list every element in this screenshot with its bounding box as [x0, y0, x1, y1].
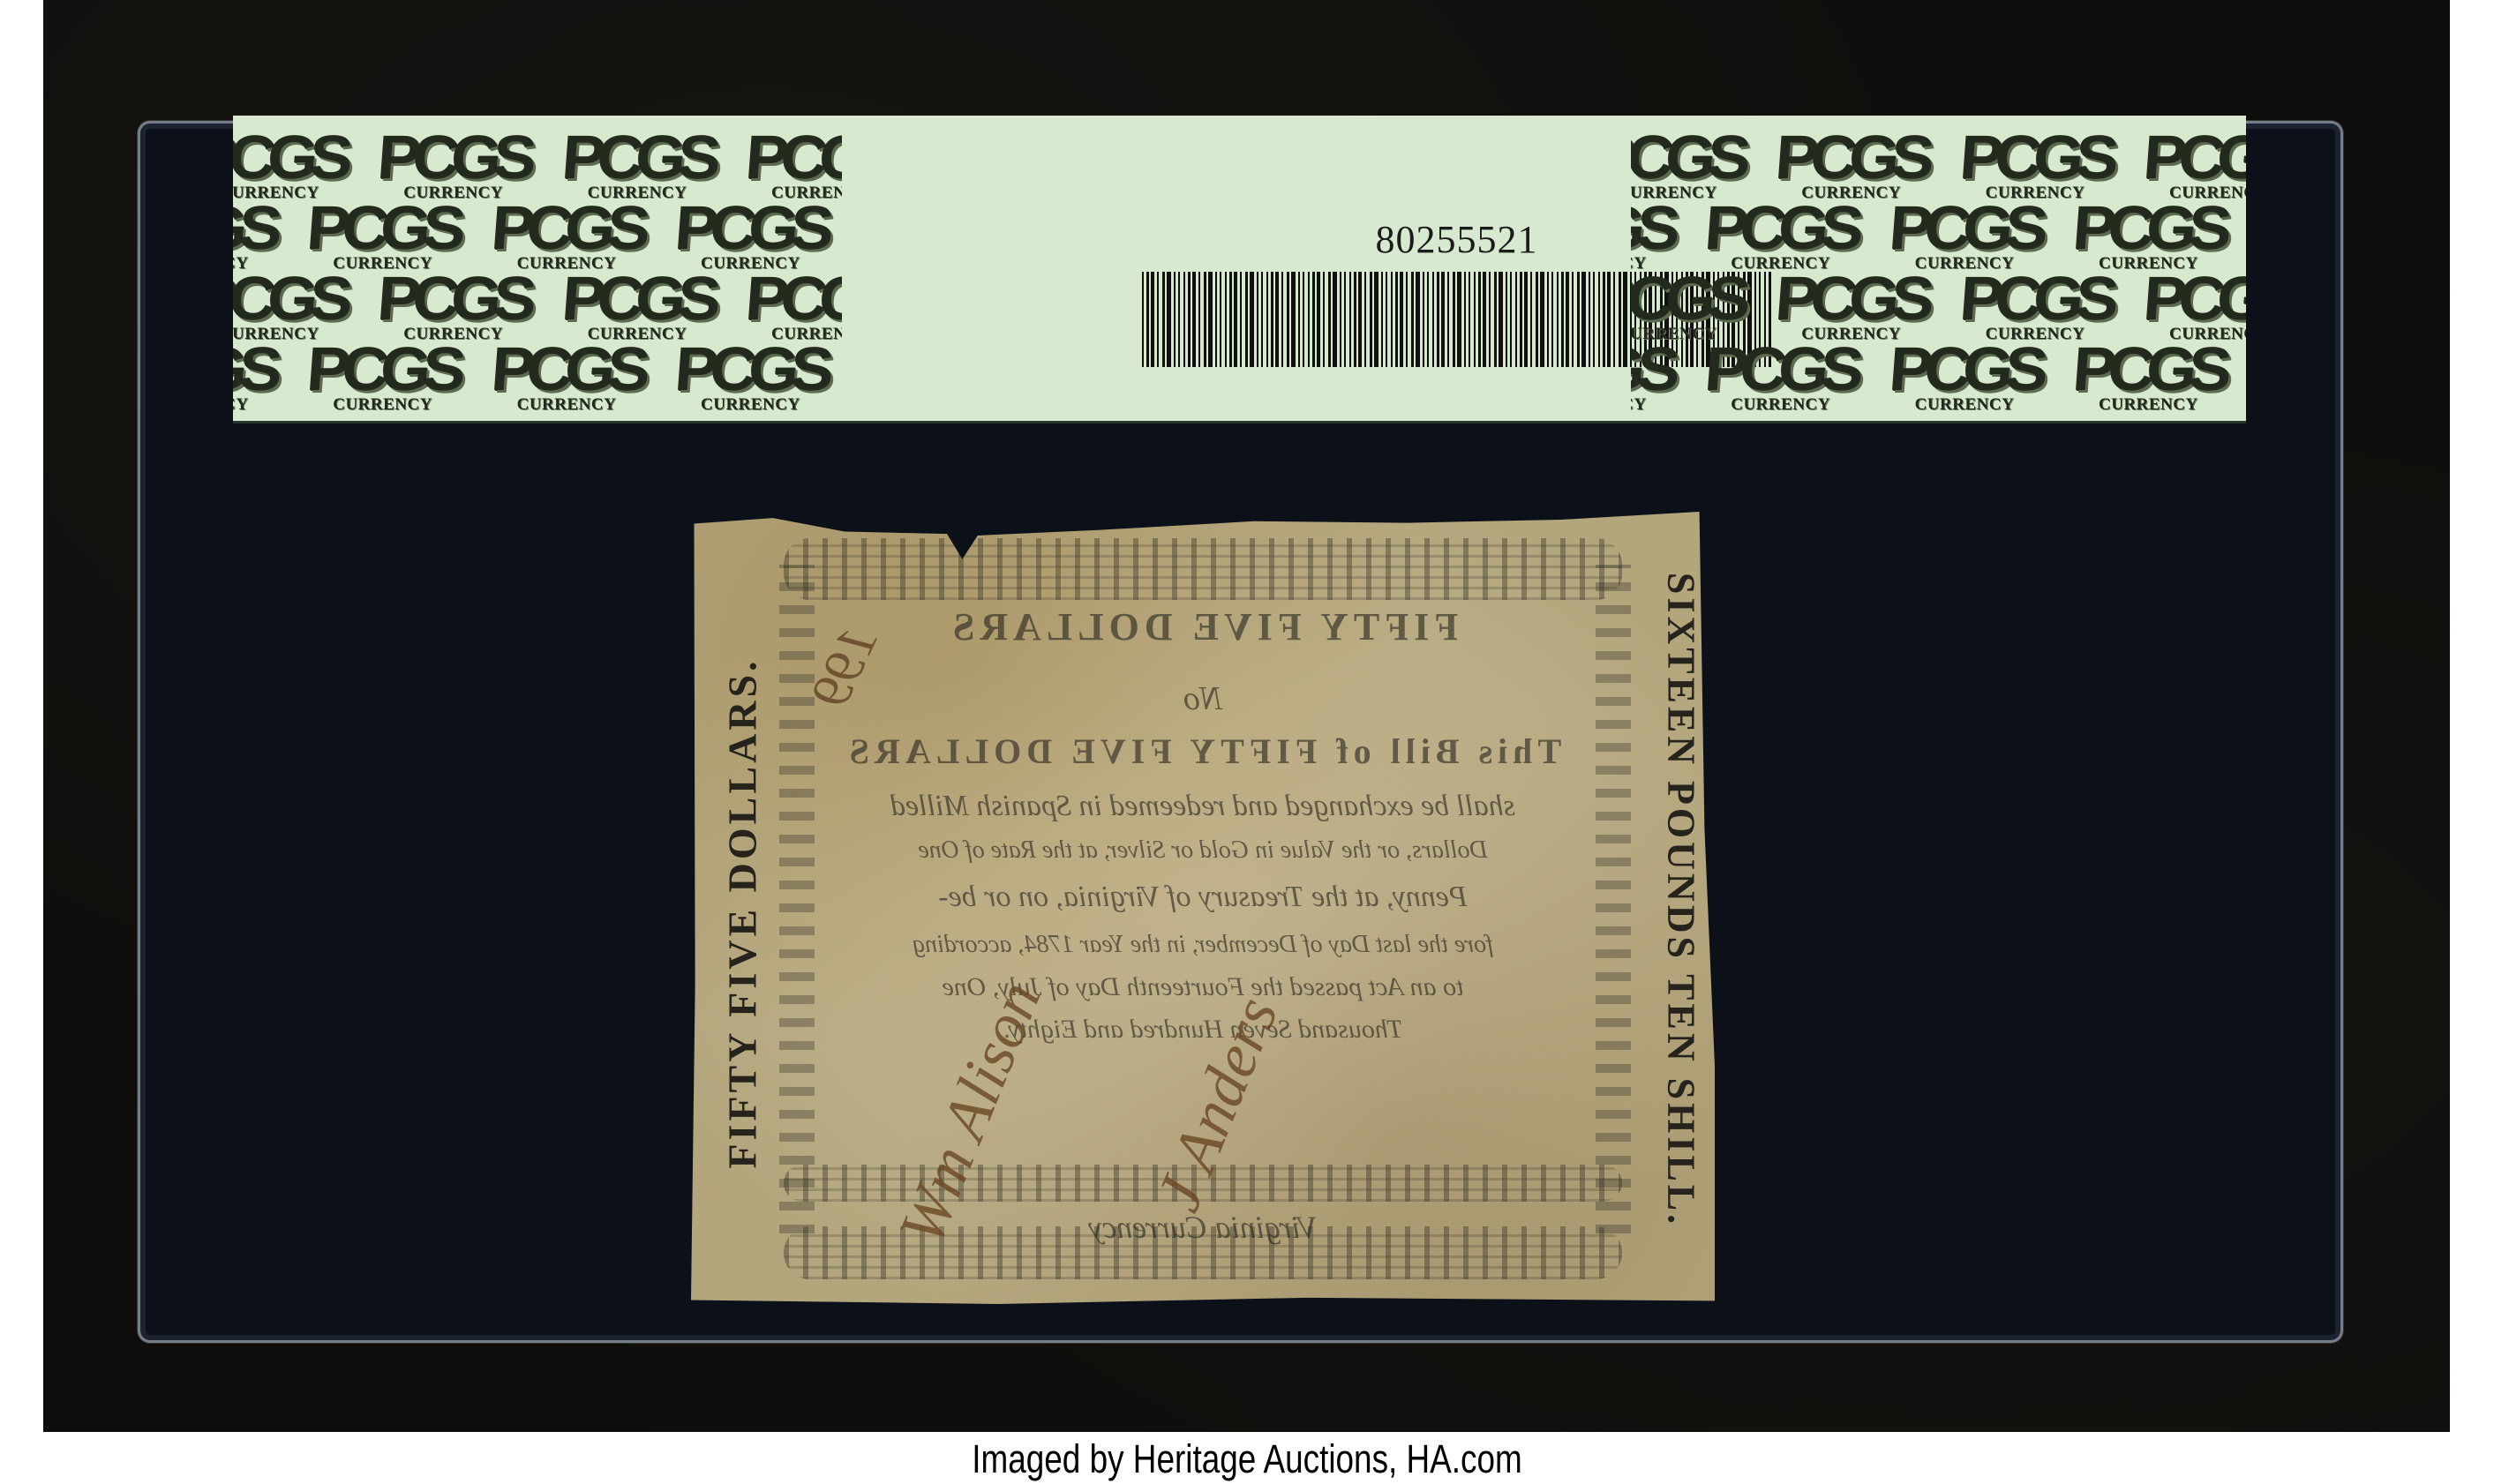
bleed-line-2: This Bill of FIFTY FIVE DOLLARS: [691, 731, 1715, 772]
bleed-line-5: Penny, at the Treasury of Virginia, on o…: [691, 881, 1715, 914]
bleed-line-7: to an Act passed the Fourteenth Day of J…: [691, 972, 1715, 1002]
pcgs-logo: PCGSCURRENCY: [381, 126, 524, 201]
pcgs-logo: PCGSCURRENCY: [1964, 267, 2107, 342]
pcgs-logo: PCGSCURRENCY: [1779, 126, 1922, 201]
pcgs-logo: PCGSCURRENCY: [749, 267, 842, 342]
bleed-line-3: shall be exchanged and redeemed in Spani…: [691, 790, 1715, 823]
logo-row: PCGSCURRENCYPCGSCURRENCYPCGSCURRENCYPCGS…: [1631, 267, 2246, 342]
pcgs-logo: PCGSCURRENCY: [1709, 338, 1852, 413]
note-right-denomination: SIXTEEN POUNDS TEN SHILL.: [1659, 573, 1704, 1227]
bleed-line-4: Dollars, or the Value in Gold or Silver,…: [691, 836, 1715, 865]
logo-row: PCGSCURRENCYPCGSCURRENCYPCGSCURRENCYPCGS…: [1631, 197, 2246, 272]
logo-row: PCGSCURRENCYPCGSCURRENCYPCGSCURRENCYPCGS…: [233, 126, 842, 201]
pcgs-logo: PCGSCURRENCY: [566, 267, 709, 342]
pcgs-logo: PCGSCURRENCY: [233, 338, 270, 413]
pcgs-logo: PCGSCURRENCY: [233, 126, 341, 201]
pcgs-logo: PCGSCURRENCY: [679, 197, 822, 272]
pcgs-logo: PCGSCURRENCY: [2147, 267, 2246, 342]
pcgs-logo: PCGSCURRENCY: [1631, 126, 1739, 201]
logo-row: PCGSCURRENCYPCGSCURRENCYPCGSCURRENCYPCGS…: [1631, 126, 2246, 201]
pcgs-logo: PCGSCURRENCY: [1631, 197, 1668, 272]
pcgs-logo: PCGSCURRENCY: [495, 197, 638, 272]
bleed-line-6: fore the last Day of December, in the Ye…: [691, 931, 1715, 959]
note-left-denomination: FIFTY FIVE DOLLARS.: [719, 657, 766, 1168]
logo-row: PCGSCURRENCYPCGSCURRENCYPCGSCURRENCYPCGS…: [1631, 338, 2246, 413]
logo-pattern-right: PCGSCURRENCYPCGSCURRENCYPCGSCURRENCYPCGS…: [1631, 116, 2246, 421]
pcgs-logo: PCGSCURRENCY: [2077, 338, 2220, 413]
pcgs-logo: PCGSCURRENCY: [381, 267, 524, 342]
pcgs-logo: PCGSCURRENCY: [749, 126, 842, 201]
pcgs-logo: PCGSCURRENCY: [311, 338, 454, 413]
image-credit-caption: Imaged by Heritage Auctions, HA.com: [224, 1436, 2269, 1482]
pcgs-logo: PCGSCURRENCY: [566, 126, 709, 201]
pcgs-logo: PCGSCURRENCY: [311, 197, 454, 272]
pcgs-logo: PCGSCURRENCY: [1893, 338, 2036, 413]
logo-row: PCGSCURRENCYPCGSCURRENCYPCGSCURRENCYPCGS…: [233, 338, 842, 413]
logo-pattern-left: PCGSCURRENCYPCGSCURRENCYPCGSCURRENCYPCGS…: [233, 116, 842, 421]
pcgs-logo: PCGSCURRENCY: [1631, 267, 1739, 342]
pcgs-logo: PCGSCURRENCY: [233, 197, 270, 272]
pcgs-logo: PCGSCURRENCY: [2077, 197, 2220, 272]
pcgs-logo: PCGSCURRENCY: [1893, 197, 2036, 272]
banknote: FIFTY FIVE DOLLARS No This Bill of FIFTY…: [691, 512, 1715, 1304]
pcgs-logo: PCGSCURRENCY: [1779, 267, 1922, 342]
pcgs-logo: PCGSCURRENCY: [495, 338, 638, 413]
logo-row: PCGSCURRENCYPCGSCURRENCYPCGSCURRENCYPCGS…: [233, 197, 842, 272]
pcgs-logo: PCGSCURRENCY: [1631, 338, 1668, 413]
pcgs-logo: PCGSCURRENCY: [233, 267, 341, 342]
note-top-ornament: [784, 538, 1622, 600]
pcgs-logo: PCGSCURRENCY: [1964, 126, 2107, 201]
pcgs-logo: PCGSCURRENCY: [679, 338, 822, 413]
logo-row: PCGSCURRENCYPCGSCURRENCYPCGSCURRENCYPCGS…: [233, 267, 842, 342]
pcgs-logo: PCGSCURRENCY: [1709, 197, 1852, 272]
pcgs-logo: PCGSCURRENCY: [2147, 126, 2246, 201]
holder-label: PCGSCURRENCYPCGSCURRENCYPCGSCURRENCYPCGS…: [233, 116, 2246, 421]
